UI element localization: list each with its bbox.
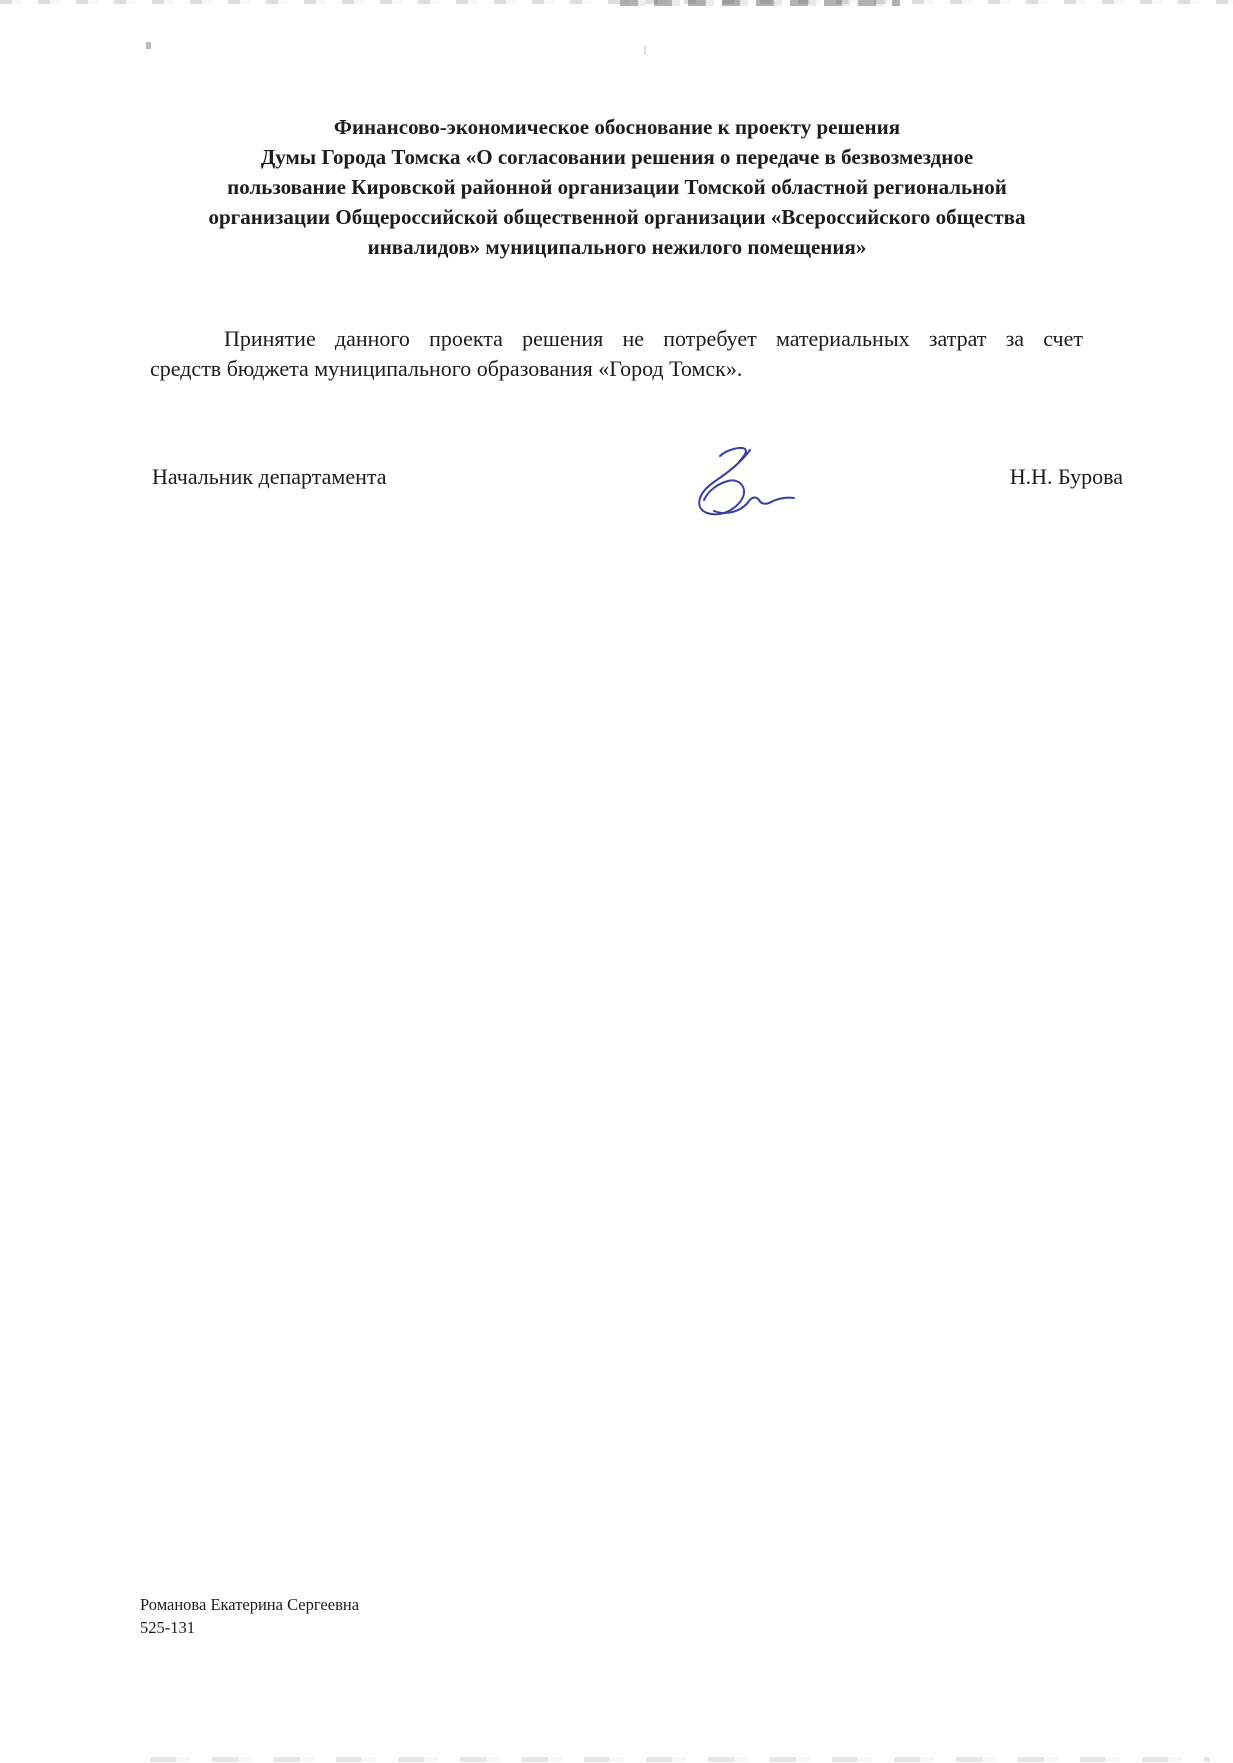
executor-name: Романова Екатерина Сергеевна <box>140 1593 359 1616</box>
document-footer: Романова Екатерина Сергеевна 525-131 <box>140 1593 359 1639</box>
position-label: Начальник департамента <box>152 462 387 492</box>
scan-noise-bottom-edge <box>150 1757 1210 1762</box>
signatory-name: Н.Н. Бурова <box>1010 462 1123 492</box>
document-title: Финансово-экономическое обоснование к пр… <box>122 112 1112 262</box>
executor-phone: 525-131 <box>140 1616 359 1639</box>
body-paragraph: Принятие данного проекта решения не потр… <box>150 324 1083 384</box>
scanned-document-page: Финансово-экономическое обоснование к пр… <box>0 0 1233 1763</box>
signature-row: Начальник департамента Н.Н. Бурова <box>152 462 1123 492</box>
title-line: пользование Кировской районной организац… <box>122 172 1112 202</box>
scan-noise-top-edge <box>0 0 1233 4</box>
body-paragraph-line: средств бюджета муниципального образован… <box>150 354 1083 384</box>
title-line: Финансово-экономическое обоснование к пр… <box>122 112 1112 142</box>
title-line: организации Общероссийской общественной … <box>122 202 1112 232</box>
scan-noise-top-dark-segment <box>620 0 900 6</box>
title-line: инвалидов» муниципального нежилого помещ… <box>122 232 1112 262</box>
title-line: Думы Города Томска «О согласовании решен… <box>122 142 1112 172</box>
scan-speck <box>146 42 151 49</box>
body-paragraph-line: Принятие данного проекта решения не потр… <box>150 324 1083 354</box>
scan-speck <box>644 46 646 55</box>
